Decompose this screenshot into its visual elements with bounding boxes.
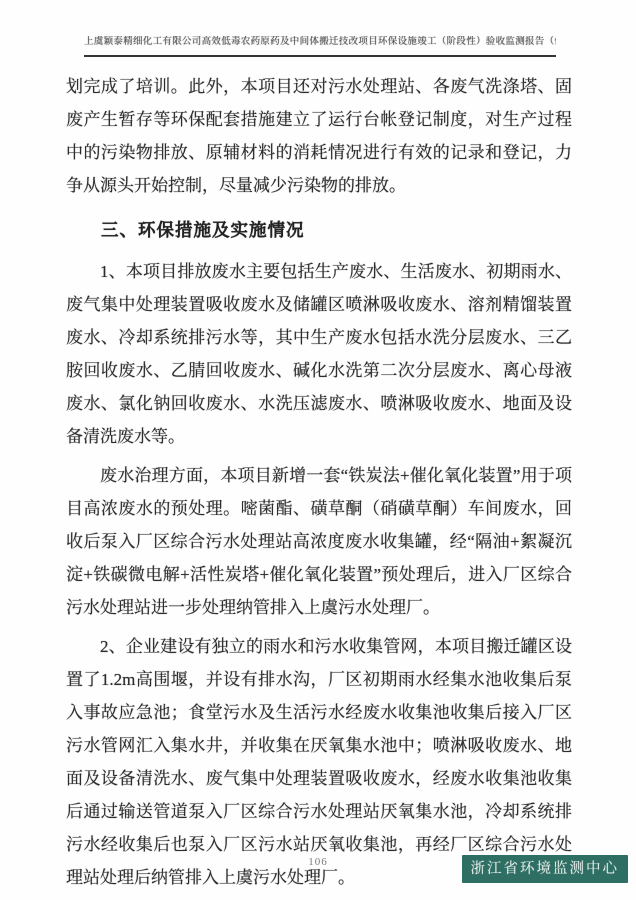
paragraph-wastewater-types: 1、本项目排放废水主要包括生产废水、生活废水、初期雨水、废气集中处理装置吸收废水… xyxy=(66,255,572,453)
paragraph-wastewater-treatment: 废水治理方面，本项目新增一套“铁炭法+催化氧化装置”用于项目高浓废水的预处理。嘧… xyxy=(66,459,572,624)
monitoring-center-stamp: 浙江省环境监测中心 xyxy=(462,855,629,883)
document-body: 划完成了培训。此外，本项目还对污水处理站、各废气洗涤塔、固废产生暂存等环保配套措… xyxy=(66,70,572,900)
document-page: 上虞颖泰精细化工有限公司高效低毒农药原药及中间体搬迁技改项目环保设施竣工（阶段性… xyxy=(0,0,636,900)
running-head-title: 上虞颖泰精细化工有限公司高效低毒农药原药及中间体搬迁技改项目环保设施竣工（阶段性… xyxy=(84,36,556,57)
section-heading: 三、环保措施及实施情况 xyxy=(66,214,572,247)
paragraph-continuation: 划完成了培训。此外，本项目还对污水处理站、各废气洗涤塔、固废产生暂存等环保配套措… xyxy=(66,70,572,202)
